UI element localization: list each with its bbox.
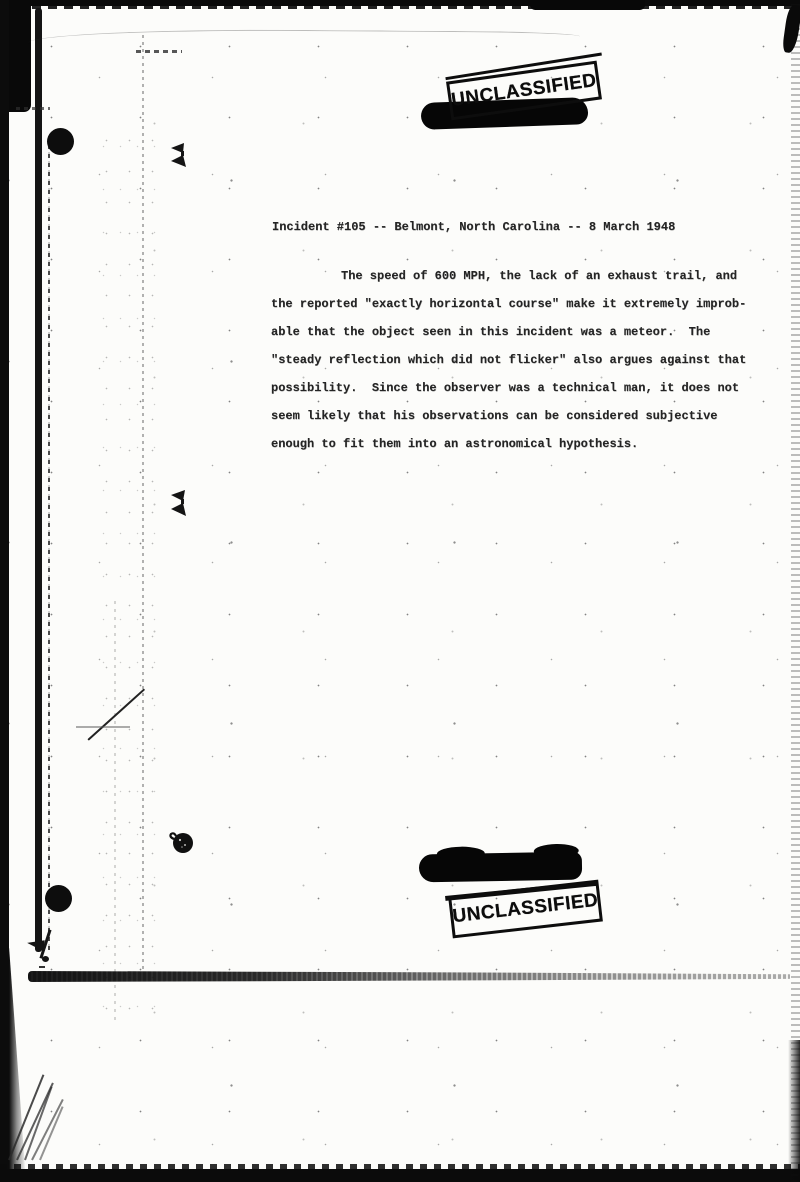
redaction-bar-bottom — [419, 852, 582, 883]
hole-punch-bottom — [45, 885, 72, 912]
horizontal-pencil-scratch — [76, 726, 130, 728]
body-line: The speed of 600 MPH, the lack of an exh… — [271, 262, 746, 290]
scan-edge-bottom — [0, 1169, 800, 1182]
dash-marks-left — [16, 107, 50, 110]
scanned-document-page: UNCLASSIFIED UNCLASSIFIED Incident #105 … — [0, 0, 800, 1182]
unclassified-stamp-bottom-label: UNCLASSIFIED — [452, 890, 600, 928]
body-line: possibility. Since the observer was a te… — [271, 374, 746, 402]
ink-blot-round — [167, 831, 195, 855]
unclassified-stamp-bottom: UNCLASSIFIED — [448, 880, 603, 939]
binding-end-ink-dot — [42, 956, 49, 962]
scan-smear-bottom-right — [788, 1040, 800, 1182]
paper-crease-line-faint — [114, 600, 116, 1020]
hatch-scribble — [39, 1106, 64, 1160]
body-line: the reported "exactly horizontal course"… — [271, 290, 746, 318]
body-line: enough to fit them into an astronomical … — [271, 430, 746, 458]
incident-heading: Incident #105 -- Belmont, North Carolina… — [272, 220, 675, 234]
diagonal-pencil-mark — [87, 688, 145, 740]
binding-speckle-line — [48, 140, 50, 950]
body-line: seem likely that his observations can be… — [271, 402, 746, 430]
body-line: "steady reflection which did not flicker… — [271, 346, 746, 374]
body-line: able that the object seen in this incide… — [271, 318, 746, 346]
left-margin-dust — [95, 125, 170, 1025]
scan-edge-right — [791, 0, 800, 1182]
scan-edge-top-ragged — [0, 5, 800, 9]
paper-crease-line — [142, 34, 144, 969]
binding-end-arrowhead — [26, 938, 44, 951]
binding-edge-line — [35, 8, 42, 952]
body-paragraph: The speed of 600 MPH, the lack of an exh… — [271, 262, 746, 458]
ink-blot-bowtie-middle — [171, 490, 188, 517]
speckle-band-horizontal — [28, 971, 790, 982]
ink-blot-bowtie-top — [171, 143, 188, 168]
dash-marks-top — [136, 50, 182, 53]
paper-noise-texture — [0, 0, 800, 1182]
scan-edge-left — [0, 0, 9, 965]
scratch-curve-top — [28, 28, 580, 47]
binding-end-tick — [39, 966, 45, 968]
scan-edge-top-blotch — [530, 0, 645, 10]
hole-punch-top — [47, 128, 74, 155]
